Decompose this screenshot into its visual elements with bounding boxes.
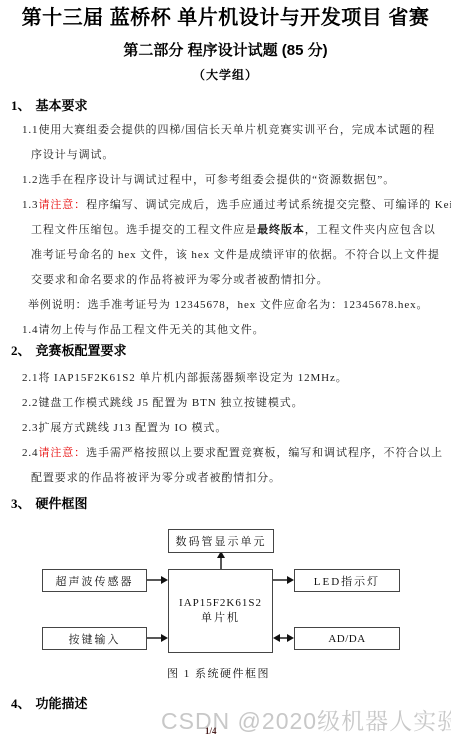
diagram-box-display-unit: 数码管显示单元 — [168, 529, 274, 553]
doc-group-label: （大学组） — [0, 67, 451, 83]
emphasized-text: 最终版本 — [257, 224, 305, 236]
paragraph-line: 交要求和命名要求的作品将被评为零分或者被酌情扣分。 — [0, 268, 451, 293]
paragraph-text: 程序编写、调试完成后，选手应通过考试系统提交完整、可编译的 Keil — [86, 199, 451, 211]
example-line: 举例说明：选手准考证号为 12345678，hex 文件应命名为：1234567… — [0, 293, 451, 318]
paragraph-line: 序设计与调试。 — [0, 143, 451, 168]
paragraph-line: 2.3扩展方式跳线 J13 配置为 IO 模式。 — [0, 416, 451, 441]
mcu-model-label: IAP15F2K61S2 — [179, 597, 262, 609]
hardware-block-diagram: 数码管显示单元 超声波传感器 IAP15F2K61S2 单片机 LED指示灯 按… — [0, 512, 451, 684]
section-heading-1: 1、基本要求 — [0, 98, 451, 114]
notice-label: 请注意： — [38, 199, 86, 211]
section-heading-3: 3、硬件框图 — [0, 496, 451, 512]
section-2-body: 2.1将 IAP15F2K61S2 单片机内部振荡器频率设定为 12MHz。 2… — [0, 366, 451, 491]
paragraph-line: 2.4请注意：选手需严格按照以上要求配置竞赛板，编写和调试程序，不符合以上 — [0, 441, 451, 466]
paragraph-line: 1.1使用大赛组委会提供的四梯/国信长天单片机竞赛实训平台，完成本试题的程 — [0, 118, 451, 143]
diagram-box-mcu: IAP15F2K61S2 单片机 — [168, 569, 273, 653]
paragraph-line: 1.2选手在程序设计与调试过程中，可参考组委会提供的“资源数据包”。 — [0, 168, 451, 193]
doc-title: 第十三届 蓝桥杯 单片机设计与开发项目 省赛 — [0, 5, 451, 31]
paragraph-text: 选手需严格按照以上要求配置竞赛板，编写和调试程序，不符合以上 — [86, 447, 443, 459]
diagram-box-adda: AD/DA — [294, 627, 400, 650]
diagram-box-ultrasonic-sensor: 超声波传感器 — [42, 569, 147, 592]
document-page: 第十三届 蓝桥杯 单片机设计与开发项目 省赛 第二部分 程序设计试题 (85 分… — [0, 0, 451, 742]
section-number: 1、 — [11, 98, 31, 113]
doc-subtitle: 第二部分 程序设计试题 (85 分) — [0, 41, 451, 61]
section-title: 竞赛板配置要求 — [36, 343, 127, 358]
section-title: 功能描述 — [36, 696, 88, 711]
section-number: 2、 — [11, 343, 31, 358]
paragraph-line: 1.3请注意：程序编写、调试完成后，选手应通过考试系统提交完整、可编译的 Kei… — [0, 193, 451, 218]
section-heading-2: 2、竞赛板配置要求 — [0, 343, 451, 359]
paragraph-line: 工程文件压缩包。选手提交的工程文件应是最终版本，工程文件夹内应包含以 — [0, 218, 451, 243]
figure-caption: 图 1 系统硬件框图 — [0, 665, 437, 681]
paragraph-text: ，工程文件夹内应包含以 — [305, 224, 436, 236]
mcu-name-label: 单片机 — [201, 609, 240, 625]
section-title: 硬件框图 — [36, 496, 88, 511]
section-number: 4、 — [11, 696, 31, 711]
paragraph-line: 2.1将 IAP15F2K61S2 单片机内部振荡器频率设定为 12MHz。 — [0, 366, 451, 391]
section-title: 基本要求 — [36, 98, 88, 113]
section-number: 3、 — [11, 496, 31, 511]
section-1-body: 1.1使用大赛组委会提供的四梯/国信长天单片机竞赛实训平台，完成本试题的程 序设… — [0, 118, 451, 343]
diagram-box-led-indicator: LED指示灯 — [294, 569, 400, 592]
paragraph-line: 准考证号命名的 hex 文件，该 hex 文件是成绩评审的依据。不符合以上文件提 — [0, 243, 451, 268]
diagram-box-key-input: 按键输入 — [42, 627, 147, 650]
paragraph-line: 配置要求的作品将被评为零分或者被酌情扣分。 — [0, 466, 451, 491]
paragraph-text: 工程文件压缩包。选手提交的工程文件应是 — [31, 224, 257, 236]
item-number: 1.3 — [22, 199, 38, 211]
item-number: 2.4 — [22, 447, 38, 459]
page-number: 1/4 — [205, 726, 217, 736]
paragraph-line: 2.2键盘工作模式跳线 J5 配置为 BTN 独立按键模式。 — [0, 391, 451, 416]
notice-label: 请注意： — [38, 447, 86, 459]
paragraph-line: 1.4请勿上传与作品工程文件无关的其他文件。 — [0, 318, 451, 343]
